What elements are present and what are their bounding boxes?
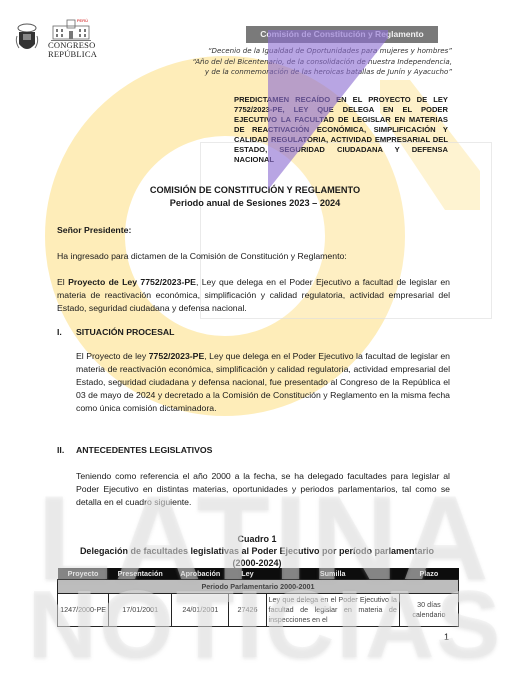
cell-presentacion: 17/01/2001: [109, 594, 172, 627]
predictamen-heading: PREDICTAMEN RECAÍDO EN EL PROYECTO DE LE…: [234, 95, 448, 165]
section-title: SITUACIÓN PROCESAL: [76, 327, 174, 337]
column-header: Ley: [229, 568, 266, 580]
table-caption: Cuadro 1 Delegación de facultades legisl…: [56, 533, 458, 569]
section-number: I.: [57, 326, 76, 339]
column-header: Aprobación: [172, 568, 229, 580]
congress-building-icon: PERÚ: [51, 18, 91, 41]
title-line-1: COMISIÓN DE CONSTITUCIÓN Y REGLAMENTO: [60, 184, 450, 197]
motto-line: “Decenio de la Igualdad de Oportunidades…: [152, 46, 452, 57]
project-paragraph: El Proyecto de Ley 7752/2023-PE, Ley que…: [57, 276, 450, 315]
intro-paragraph: Ha ingresado para dictamen de la Comisió…: [57, 250, 450, 263]
republica-word: REPÚBLICA: [48, 50, 94, 59]
column-header: Sumilla: [266, 568, 399, 580]
section-title: ANTECEDENTES LEGISLATIVOS: [76, 445, 212, 455]
cell-ley: 27426: [229, 594, 266, 627]
table-title: Delegación de facultades legislativas al…: [56, 545, 458, 557]
column-header: Plazo: [399, 568, 458, 580]
title-line-2: Periodo anual de Sesiones 2023 – 2024: [60, 197, 450, 210]
document-title: COMISIÓN DE CONSTITUCIÓN Y REGLAMENTO Pe…: [60, 184, 450, 210]
motto-line: “Año del del Bicentenario, de la consoli…: [152, 57, 452, 68]
cell-plazo: 30 días calendario: [399, 594, 458, 627]
column-header: Presentación: [109, 568, 172, 580]
commission-banner: Comisión de Constitución y Reglamento: [246, 26, 438, 43]
text-fragment: El Proyecto de ley: [76, 351, 149, 361]
cell-proyecto: 1247/2000-PE: [58, 594, 109, 627]
official-mottos: “Decenio de la Igualdad de Oportunidades…: [152, 46, 452, 78]
project-number: Proyecto de Ley 7752/2023-PE: [68, 277, 196, 287]
column-header: Proyecto: [58, 568, 109, 580]
congreso-logo: PERÚ CONGRESO REPÚBLICA: [48, 18, 94, 62]
table-label: Cuadro 1: [56, 533, 458, 545]
project-number: 7752/2023-PE: [149, 351, 205, 361]
section-1-paragraph: El Proyecto de ley 7752/2023-PE, Ley que…: [76, 350, 450, 415]
section-number: II.: [57, 444, 76, 457]
period-row: Periodo Parlamentario 2000-2001: [58, 580, 459, 594]
section-2-paragraph: Teniendo como referencia el año 2000 a l…: [76, 470, 450, 509]
table-header-row: Proyecto Presentación Aprobación Ley Sum…: [58, 568, 459, 580]
section-heading-2: II.ANTECEDENTES LEGISLATIVOS: [57, 444, 212, 457]
motto-line: y de la conmemoración de las heroicas ba…: [152, 67, 452, 78]
cell-sumilla: Ley que delega en el Poder Ejecutivo la …: [266, 594, 399, 627]
text-fragment: El: [57, 277, 68, 287]
greeting: Señor Presidente:: [57, 224, 131, 237]
delegation-table: Proyecto Presentación Aprobación Ley Sum…: [57, 568, 459, 627]
page-number: 1: [444, 632, 449, 642]
document-page: PERÚ CONGRESO REPÚBLICA Comisión de Cons…: [0, 0, 528, 692]
section-heading-1: I.SITUACIÓN PROCESAL: [57, 326, 174, 339]
peru-coat-of-arms-icon: [15, 22, 39, 56]
period-label: Periodo Parlamentario 2000-2001: [58, 580, 459, 594]
table-row: 1247/2000-PE 17/01/2001 24/01/2001 27426…: [58, 594, 459, 627]
cell-aprobacion: 24/01/2001: [172, 594, 229, 627]
peru-label: PERÚ: [77, 18, 88, 23]
